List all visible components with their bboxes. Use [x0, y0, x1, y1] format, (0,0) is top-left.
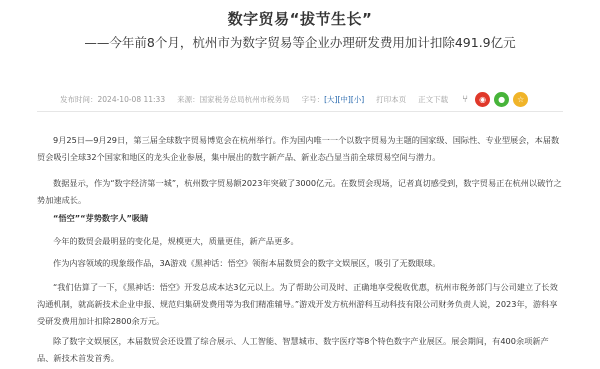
meta-divider	[37, 111, 563, 112]
paragraph-3: 今年的数贸会最明显的变化是，规模更大，质量更佳，新产品更多。	[37, 233, 563, 250]
font-size-medium-button[interactable]: [中]	[337, 94, 350, 105]
paragraph-2: 数据显示，作为“数字经济第一城”，杭州数字贸易额2023年突破了3000亿元。在…	[37, 175, 563, 209]
paragraph-6: 除了数字文娱展区，本届数贸会还设置了综合展示、人工智能、智慧城市、数字医疗等8个…	[37, 333, 563, 367]
share-icon[interactable]: ⑂	[462, 94, 468, 105]
print-button[interactable]: 打印本页	[376, 94, 406, 105]
paragraph-5: “我们估算了一下，《黑神话：悟空》开发总成本达3亿元以上。为了帮助公司及时、正确…	[37, 279, 563, 330]
section-heading: “悟空”“芽势数字人”吸睛	[37, 210, 563, 227]
article-subtitle: ——今年前8个月，杭州市为数字贸易等企业办理研发费用加计扣除491.9亿元	[0, 33, 600, 51]
share-group: ⑂ ◉ ● ☆	[462, 92, 528, 107]
download-button[interactable]: 正文下载	[418, 94, 448, 105]
publish-time: 2024-10-08 11:33	[98, 95, 166, 104]
weibo-icon[interactable]: ◉	[475, 92, 490, 107]
source-name: 国家税务总局杭州市税务局	[200, 94, 290, 105]
article-meta-bar: 发布时间： 2024-10-08 11:33 来源： 国家税务总局杭州市税务局 …	[60, 91, 560, 107]
source-label: 来源：	[177, 94, 200, 105]
font-size-label: 字号：	[302, 94, 325, 105]
favorite-icon[interactable]: ☆	[513, 92, 528, 107]
article-title: 数字贸易“拔节生长”	[0, 8, 600, 29]
paragraph-1: 9月25日—9月29日，第三届全球数字贸易博览会在杭州举行。作为国内唯一一个以数…	[37, 132, 563, 166]
font-size-small-button[interactable]: [小]	[351, 94, 364, 105]
publish-label: 发布时间：	[60, 94, 98, 105]
paragraph-4: 作为内容领域的现象级作品，3A游戏《黑神话：悟空》领衔本届数贸会的数字文娱展区，…	[37, 255, 563, 272]
wechat-icon[interactable]: ●	[494, 92, 509, 107]
font-size-large-button[interactable]: [大]	[324, 94, 337, 105]
